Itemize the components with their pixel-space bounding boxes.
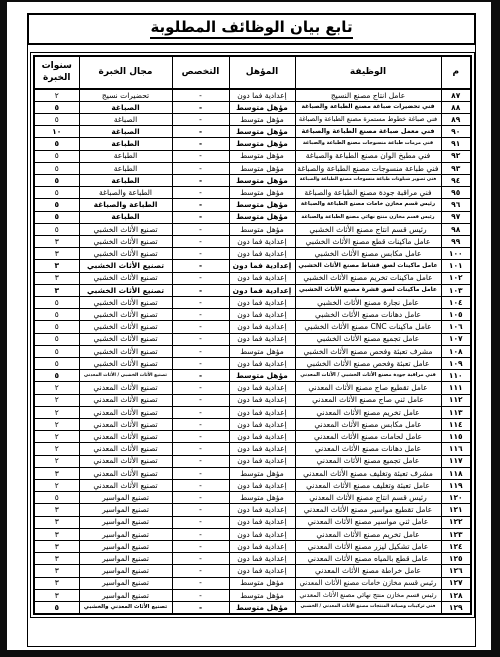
- cell-specialization: -: [172, 528, 229, 540]
- cell-experience-years: ٣: [34, 541, 79, 553]
- cell-experience-years: ٣: [34, 467, 79, 479]
- cell-specialization: -: [172, 602, 229, 614]
- cell-specialization: -: [172, 504, 229, 516]
- cell-qualification: مؤهل متوسط: [229, 113, 295, 125]
- cell-num: ١١٠: [441, 370, 471, 382]
- cell-qualification: إعدادية فما دون: [229, 431, 295, 443]
- table-row: ١٠٣عامل ماكينات لصق قشرة مصنع الأثاث الخ…: [34, 284, 471, 296]
- cell-qualification: إعدادية فما دون: [229, 516, 295, 528]
- cell-num: ١٢٢: [441, 516, 471, 528]
- cell-job: فني مراقبة جودة مصنع الطباعة والصباغة: [295, 187, 441, 199]
- cell-experience-field: تصنيع الأثاث الخشبي: [79, 321, 172, 333]
- cell-job: عامل تشكيل ليزر مصنع الأثاث المعدني: [295, 541, 441, 553]
- cell-experience-years: ٣: [34, 235, 79, 247]
- cell-num: ١١١: [441, 382, 471, 394]
- cell-specialization: -: [172, 553, 229, 565]
- cell-job: عامل تجميع مصنع الأثاث الخشبي: [295, 333, 441, 345]
- cell-experience-years: ٢: [34, 89, 79, 101]
- cell-qualification: إعدادية فما دون: [229, 528, 295, 540]
- cell-experience-field: تصنيع الأثاث المعدني: [79, 455, 172, 467]
- cell-job: عامل ماكينات لصق قشرة مصنع الأثاث الخشبي: [295, 284, 441, 296]
- table-row: ١٢٦عامل خراطة مصنع الأثاث المعدنيإعدادية…: [34, 565, 471, 577]
- cell-experience-years: ٥: [34, 174, 79, 186]
- cell-specialization: -: [172, 162, 229, 174]
- cell-specialization: -: [172, 187, 229, 199]
- table-body: ٨٧عامل انتاج مصنع النسيجإعدادية فما دون-…: [34, 89, 471, 614]
- cell-experience-field: الصباغة: [79, 113, 172, 125]
- table-row: ١١٤عامل مكابس مصنع الأثاث المعدنيإعدادية…: [34, 418, 471, 430]
- scan-edge-left: [0, 0, 7, 657]
- cell-qualification: مؤهل متوسط: [229, 467, 295, 479]
- cell-qualification: مؤهل متوسط: [229, 577, 295, 589]
- scan-edge-top: [0, 0, 500, 2]
- cell-qualification: مؤهل متوسط: [229, 602, 295, 614]
- cell-specialization: -: [172, 284, 229, 296]
- cell-experience-years: ٥: [34, 211, 79, 223]
- cell-experience-years: ٣: [34, 565, 79, 577]
- cell-experience-field: تصنيع المواسير: [79, 577, 172, 589]
- cell-experience-years: ٥: [34, 492, 79, 504]
- cell-qualification: إعدادية فما دون: [229, 235, 295, 247]
- table-row: ١٠١عامل ماكينات لصق قشاط مصنع الأثاث الخ…: [34, 260, 471, 272]
- cell-qualification: إعدادية فما دون: [229, 418, 295, 430]
- table-row: ١٠٨مشرف تعبئة وفحص مصنع الأثاث الخشبيمؤه…: [34, 345, 471, 357]
- cell-experience-field: تصنيع الأثاث الخشبي: [79, 284, 172, 296]
- cell-specialization: -: [172, 406, 229, 418]
- jobs-table: مالوظيفةالمؤهلالتخصصمجال الخبرةسنوات الخ…: [33, 55, 472, 615]
- cell-qualification: إعدادية فما دون: [229, 248, 295, 260]
- cell-job: عامل دهانات مصنع الأثاث المعدني: [295, 443, 441, 455]
- scan-edge-bottom: [0, 650, 500, 657]
- cell-experience-years: ٥: [34, 321, 79, 333]
- cell-experience-years: ٥: [34, 333, 79, 345]
- cell-job: عامل ماكينات لصق قشاط مصنع الأثاث الخشبي: [295, 260, 441, 272]
- cell-experience-field: الصباغة: [79, 126, 172, 138]
- cell-qualification: مؤهل متوسط: [229, 589, 295, 601]
- cell-experience-years: ٥: [34, 223, 79, 235]
- title-banner: تابع بيان الوظائف المطلوبة: [27, 13, 476, 45]
- cell-qualification: إعدادية فما دون: [229, 321, 295, 333]
- column-header-num: م: [441, 56, 471, 89]
- cell-experience-field: الطباعة: [79, 150, 172, 162]
- scan-edge-right: [491, 0, 500, 657]
- cell-experience-years: ١٠: [34, 126, 79, 138]
- cell-experience-field: تصنيع الأثاث الخشبي / الأثاث المعدني: [79, 370, 172, 382]
- cell-experience-years: ٣: [34, 553, 79, 565]
- table-row: ١٢٥عامل قطع بالمياه مصنع الأثاث المعدنيإ…: [34, 553, 471, 565]
- cell-qualification: إعدادية فما دون: [229, 272, 295, 284]
- cell-qualification: مؤهل متوسط: [229, 101, 295, 113]
- cell-job: عامل نجارة مصنع الأثاث الخشبي: [295, 296, 441, 308]
- cell-job: رئيس قسم مخازن خامات مصنع الطباعة والصبا…: [295, 199, 441, 211]
- table-row: ١١٢عامل ثني صاج مصنع الأثاث المعدنيإعداد…: [34, 394, 471, 406]
- cell-num: ١٢٨: [441, 589, 471, 601]
- cell-experience-years: ٢: [34, 455, 79, 467]
- cell-specialization: -: [172, 443, 229, 455]
- table-row: ١٢٨رئيس قسم مخازن منتج نهائي مصنع الأثاث…: [34, 589, 471, 601]
- cell-num: ١١٣: [441, 406, 471, 418]
- cell-job: عامل خراطة مصنع الأثاث المعدني: [295, 565, 441, 577]
- column-header-qualification: المؤهل: [229, 56, 295, 89]
- cell-experience-field: تصنيع الأثاث الخشبي: [79, 235, 172, 247]
- cell-specialization: -: [172, 394, 229, 406]
- cell-num: ١٠٣: [441, 284, 471, 296]
- cell-experience-years: ٥: [34, 187, 79, 199]
- cell-experience-years: ٣: [34, 272, 79, 284]
- cell-job: رئيس قسم مخازن خامات مصنع الأثاث المعدني: [295, 577, 441, 589]
- table-row: ١٢٣عامل تخريم مصنع الأثاث المعدنيإعدادية…: [34, 528, 471, 540]
- cell-num: ١٠١: [441, 260, 471, 272]
- cell-num: ١٠٧: [441, 333, 471, 345]
- cell-experience-years: ٥: [34, 309, 79, 321]
- cell-job: فني مراقبة جودة مصنع الأثاث الخشبي / الأ…: [295, 370, 441, 382]
- cell-experience-years: ٣: [34, 516, 79, 528]
- cell-specialization: -: [172, 577, 229, 589]
- cell-job: عامل تخريم مصنع الأثاث المعدني: [295, 406, 441, 418]
- cell-job: رئيس قسم مخازن منتج نهائي مصنع الأثاث ال…: [295, 589, 441, 601]
- cell-num: ١٢٦: [441, 565, 471, 577]
- cell-job: عامل ثني صاج مصنع الأثاث المعدني: [295, 394, 441, 406]
- table-row: ١١١عامل تقطيع صاج مصنع الأثاث المعدنيإعد…: [34, 382, 471, 394]
- cell-qualification: مؤهل متوسط: [229, 174, 295, 186]
- cell-experience-years: ٥: [34, 357, 79, 369]
- table-header-row-inner: مالوظيفةالمؤهلالتخصصمجال الخبرةسنوات الخ…: [34, 56, 471, 89]
- cell-job: عامل مكابس مصنع الأثاث المعدني: [295, 418, 441, 430]
- table-row: ٩٦رئيس قسم مخازن خامات مصنع الطباعة والص…: [34, 199, 471, 211]
- cell-experience-field: تصنيع الأثاث المعدني: [79, 418, 172, 430]
- table-row: ١١٣عامل تخريم مصنع الأثاث المعدنيإعدادية…: [34, 406, 471, 418]
- cell-num: ١٢٥: [441, 553, 471, 565]
- cell-specialization: -: [172, 126, 229, 138]
- cell-qualification: إعدادية فما دون: [229, 309, 295, 321]
- cell-qualification: إعدادية فما دون: [229, 455, 295, 467]
- table-row: ١٠٧عامل تجميع مصنع الأثاث الخشبيإعدادية …: [34, 333, 471, 345]
- table-row: ٩٠فني معمل صباغة مصنع الطباعة والصباغةمؤ…: [34, 126, 471, 138]
- cell-experience-field: تصنيع المواسير: [79, 504, 172, 516]
- cell-job: عامل تقطيع صاج مصنع الأثاث المعدني: [295, 382, 441, 394]
- cell-job: عامل دهانات مصنع الأثاث الخشبي: [295, 309, 441, 321]
- cell-experience-years: ٥: [34, 113, 79, 125]
- cell-experience-years: ٥: [34, 345, 79, 357]
- cell-experience-field: الطباعة: [79, 138, 172, 150]
- table-row: ١٠٤عامل نجارة مصنع الأثاث الخشبيإعدادية …: [34, 296, 471, 308]
- table-row: ١٢٠رئيس قسم انتاج مصنع الأثاث المعدنيمؤه…: [34, 492, 471, 504]
- cell-num: ١٠٦: [441, 321, 471, 333]
- table-row: ١٢٩فني تركيبات وصيانة المنتجات مصنع الأث…: [34, 602, 471, 614]
- cell-specialization: -: [172, 296, 229, 308]
- cell-num: ٩٢: [441, 150, 471, 162]
- cell-specialization: -: [172, 467, 229, 479]
- table-row: ١١٩عامل تعبئة وتغليف مصنع الأثاث المعدني…: [34, 480, 471, 492]
- cell-specialization: -: [172, 89, 229, 101]
- cell-experience-years: ٢: [34, 418, 79, 430]
- cell-specialization: -: [172, 565, 229, 577]
- table-row: ١٠٢عامل ماكينات تخريم مصنع الأثاث الخشبي…: [34, 272, 471, 284]
- cell-specialization: -: [172, 211, 229, 223]
- cell-qualification: إعدادية فما دون: [229, 333, 295, 345]
- cell-job: فني تركيبات وصيانة المنتجات مصنع الأثاث …: [295, 602, 441, 614]
- page-title: تابع بيان الوظائف المطلوبة: [150, 20, 352, 39]
- cell-qualification: إعدادية فما دون: [229, 260, 295, 272]
- cell-experience-years: ٢: [34, 382, 79, 394]
- scanned-page: { "page": { "title": "تابع بيان الوظائف …: [0, 0, 500, 657]
- cell-job: فني طباعة منسوجات مصنع الطباعة والصباغة: [295, 162, 441, 174]
- cell-specialization: -: [172, 223, 229, 235]
- cell-qualification: مؤهل متوسط: [229, 370, 295, 382]
- cell-num: ١١٩: [441, 480, 471, 492]
- cell-job: فني معمل صباغة مصنع الطباعة والصباغة: [295, 126, 441, 138]
- cell-num: ٩١: [441, 138, 471, 150]
- cell-experience-field: تصنيع الأثاث الخشبي: [79, 248, 172, 260]
- cell-qualification: إعدادية فما دون: [229, 541, 295, 553]
- table-row: ١١٠فني مراقبة جودة مصنع الأثاث الخشبي / …: [34, 370, 471, 382]
- cell-qualification: إعدادية فما دون: [229, 553, 295, 565]
- cell-job: عامل تخريم مصنع الأثاث المعدني: [295, 528, 441, 540]
- cell-qualification: مؤهل متوسط: [229, 199, 295, 211]
- table-row: ٩٩عامل ماكينات قطع مصنع الأثاث الخشبيإعد…: [34, 235, 471, 247]
- cell-qualification: مؤهل متوسط: [229, 162, 295, 174]
- cell-qualification: إعدادية فما دون: [229, 565, 295, 577]
- cell-experience-field: تصنيع المواسير: [79, 528, 172, 540]
- cell-job: عامل ماكينات تخريم مصنع الأثاث الخشبي: [295, 272, 441, 284]
- cell-job: عامل قطع بالمياه مصنع الأثاث المعدني: [295, 553, 441, 565]
- table-row: ١٢٧رئيس قسم مخازن خامات مصنع الأثاث المع…: [34, 577, 471, 589]
- cell-specialization: -: [172, 309, 229, 321]
- cell-specialization: -: [172, 382, 229, 394]
- cell-qualification: مؤهل متوسط: [229, 138, 295, 150]
- cell-experience-field: تصنيع الأثاث الخشبي: [79, 333, 172, 345]
- cell-experience-years: ٥: [34, 296, 79, 308]
- table-row: ٩٧رئيس قسم مخازن منتج نهائي مصنع الطباعة…: [34, 211, 471, 223]
- table-row: ١٠٥عامل دهانات مصنع الأثاث الخشبيإعدادية…: [34, 309, 471, 321]
- cell-num: ٩٨: [441, 223, 471, 235]
- cell-experience-field: الطباعة والصباغة: [79, 199, 172, 211]
- cell-job: عامل تعبئة وتغليف مصنع الأثاث المعدني: [295, 480, 441, 492]
- table-row: ١٢٤عامل تشكيل ليزر مصنع الأثاث المعدنيإع…: [34, 541, 471, 553]
- cell-experience-years: ٥: [34, 162, 79, 174]
- cell-num: ١٢٩: [441, 602, 471, 614]
- cell-specialization: -: [172, 357, 229, 369]
- cell-specialization: -: [172, 492, 229, 504]
- cell-num: ١١٢: [441, 394, 471, 406]
- cell-specialization: -: [172, 418, 229, 430]
- cell-experience-years: ٢: [34, 443, 79, 455]
- cell-specialization: -: [172, 589, 229, 601]
- cell-num: ٩٩: [441, 235, 471, 247]
- cell-specialization: -: [172, 113, 229, 125]
- cell-experience-field: تصنيع الأثاث الخشبي: [79, 272, 172, 284]
- cell-job: فني مرمات طباعة منسوجات مصنع الطباعة وال…: [295, 138, 441, 150]
- column-header-specialization: التخصص: [172, 56, 229, 89]
- column-header-job: الوظيفة: [295, 56, 441, 89]
- cell-qualification: إعدادية فما دون: [229, 480, 295, 492]
- cell-experience-field: تحضيرات نسيج: [79, 89, 172, 101]
- cell-experience-field: تصنيع الأثاث المعدني: [79, 382, 172, 394]
- cell-experience-years: ٥: [34, 150, 79, 162]
- cell-qualification: إعدادية فما دون: [229, 357, 295, 369]
- cell-job: فني تحضيرات صباغة مصنع الطباعة والصباغة: [295, 101, 441, 113]
- cell-job: عامل ثني مواسير مصنع الأثاث المعدني: [295, 516, 441, 528]
- table-row: ١٠٩عامل تعبئة وفحص مصنع الأثاث الخشبيإعد…: [34, 357, 471, 369]
- cell-experience-field: تصنيع الأثاث المعدني: [79, 406, 172, 418]
- cell-experience-field: تصنيع الأثاث الخشبي: [79, 345, 172, 357]
- cell-experience-field: تصنيع الأثاث الخشبي: [79, 357, 172, 369]
- cell-experience-field: الطباعة والصباغة: [79, 187, 172, 199]
- cell-qualification: إعدادية فما دون: [229, 504, 295, 516]
- cell-qualification: إعدادية فما دون: [229, 382, 295, 394]
- cell-experience-field: الطباعة: [79, 162, 172, 174]
- cell-experience-years: ٣: [34, 260, 79, 272]
- cell-qualification: مؤهل متوسط: [229, 150, 295, 162]
- cell-num: ١٢١: [441, 504, 471, 516]
- cell-experience-field: تصنيع الأثاث الخشبي: [79, 296, 172, 308]
- cell-job: عامل انتاج مصنع النسيج: [295, 89, 441, 101]
- cell-num: ١٢٣: [441, 528, 471, 540]
- cell-num: ٨٧: [441, 89, 471, 101]
- table-row: ٩٥فني مراقبة جودة مصنع الطباعة والصباغةم…: [34, 187, 471, 199]
- table-row: ٨٧عامل انتاج مصنع النسيجإعدادية فما دون-…: [34, 89, 471, 101]
- cell-experience-years: ٢: [34, 480, 79, 492]
- cell-job: عامل ماكينات CNC مصنع الأثاث الخشبي: [295, 321, 441, 333]
- table-row: ١٠٠عامل مكابس مصنع الأثاث الخشبيإعدادية …: [34, 248, 471, 260]
- cell-num: ١٠٩: [441, 357, 471, 369]
- cell-experience-field: الطباعة: [79, 174, 172, 186]
- cell-specialization: -: [172, 272, 229, 284]
- cell-job: مشرف تعبئة وتغليف مصنع الأثاث المعدني: [295, 467, 441, 479]
- cell-experience-years: ٣: [34, 504, 79, 516]
- cell-num: ٩٤: [441, 174, 471, 186]
- cell-specialization: -: [172, 333, 229, 345]
- cell-experience-field: تصنيع الأثاث المعدني: [79, 443, 172, 455]
- cell-experience-years: ٢: [34, 431, 79, 443]
- cell-specialization: -: [172, 150, 229, 162]
- cell-num: ٨٨: [441, 101, 471, 113]
- cell-experience-field: تصنيع المواسير: [79, 553, 172, 565]
- cell-experience-years: ٥: [34, 138, 79, 150]
- cell-num: ١١٦: [441, 443, 471, 455]
- cell-qualification: إعدادية فما دون: [229, 296, 295, 308]
- cell-qualification: إعدادية فما دون: [229, 284, 295, 296]
- cell-specialization: -: [172, 248, 229, 260]
- cell-qualification: إعدادية فما دون: [229, 406, 295, 418]
- cell-experience-years: ٣: [34, 577, 79, 589]
- cell-experience-field: تصنيع الأثاث المعدني والخشبي: [79, 602, 172, 614]
- cell-specialization: -: [172, 345, 229, 357]
- cell-job: عامل مكابس مصنع الأثاث الخشبي: [295, 248, 441, 260]
- cell-job: رئيس قسم انتاج مصنع الأثاث المعدني: [295, 492, 441, 504]
- cell-job: عامل تعبئة وفحص مصنع الأثاث الخشبي: [295, 357, 441, 369]
- cell-job: رئيس قسم مخازن منتج نهائي مصنع الطباعة و…: [295, 211, 441, 223]
- cell-experience-field: تصنيع الأثاث المعدني: [79, 480, 172, 492]
- cell-specialization: -: [172, 138, 229, 150]
- cell-specialization: -: [172, 199, 229, 211]
- cell-experience-field: تصنيع المواسير: [79, 589, 172, 601]
- cell-num: ١١٥: [441, 431, 471, 443]
- cell-num: ١٢٠: [441, 492, 471, 504]
- cell-num: ٩٣: [441, 162, 471, 174]
- cell-experience-field: تصنيع المواسير: [79, 492, 172, 504]
- cell-specialization: -: [172, 235, 229, 247]
- cell-experience-field: تصنيع الأثاث الخشبي: [79, 309, 172, 321]
- table-row: ٩٣فني طباعة منسوجات مصنع الطباعة والصباغ…: [34, 162, 471, 174]
- table-row: ١٢١عامل تقطيع مواسير مصنع الأثاث المعدني…: [34, 504, 471, 516]
- table-row: ٩٤فني تصوير شبلونات طباعة منسوجات مصنع ا…: [34, 174, 471, 186]
- cell-qualification: مؤهل متوسط: [229, 345, 295, 357]
- cell-experience-years: ٥: [34, 370, 79, 382]
- cell-job: عامل تجميع مصنع الأثاث المعدني: [295, 455, 441, 467]
- cell-experience-field: تصنيع الأثاث المعدني: [79, 431, 172, 443]
- cell-experience-years: ٥: [34, 602, 79, 614]
- cell-num: ١٠٨: [441, 345, 471, 357]
- cell-experience-years: ٢: [34, 394, 79, 406]
- cell-qualification: مؤهل متوسط: [229, 492, 295, 504]
- cell-specialization: -: [172, 516, 229, 528]
- cell-qualification: إعدادية فما دون: [229, 394, 295, 406]
- cell-specialization: -: [172, 174, 229, 186]
- cell-num: ٩٦: [441, 199, 471, 211]
- table-row: ١٢٢عامل ثني مواسير مصنع الأثاث المعدنيإع…: [34, 516, 471, 528]
- cell-job: فني صباغة خطوط مستمرة مصنع الطباعة والصب…: [295, 113, 441, 125]
- cell-num: ٩٧: [441, 211, 471, 223]
- cell-num: ١٠٥: [441, 309, 471, 321]
- cell-job: رئيس قسم انتاج مصنع الأثاث الخشبي: [295, 223, 441, 235]
- cell-num: ١٠٤: [441, 296, 471, 308]
- cell-experience-years: ٢: [34, 406, 79, 418]
- cell-experience-years: ٣: [34, 284, 79, 296]
- cell-qualification: مؤهل متوسط: [229, 211, 295, 223]
- cell-job: عامل تقطيع مواسير مصنع الأثاث المعدني: [295, 504, 441, 516]
- cell-num: ١٠٢: [441, 272, 471, 284]
- table-row: ١١٦عامل دهانات مصنع الأثاث المعدنيإعدادي…: [34, 443, 471, 455]
- cell-experience-field: الطباعة: [79, 211, 172, 223]
- table-row: ١١٥عامل لحامات مصنع الأثاث المعدنيإعدادي…: [34, 431, 471, 443]
- cell-experience-years: ٣: [34, 528, 79, 540]
- cell-experience-years: ٥: [34, 101, 79, 113]
- table-row: ٩٢فني مطبخ الوان مصنع الطباعة والصباغةمؤ…: [34, 150, 471, 162]
- table-row: ٨٩فني صباغة خطوط مستمرة مصنع الطباعة وال…: [34, 113, 471, 125]
- cell-specialization: -: [172, 101, 229, 113]
- cell-experience-years: ٥: [34, 199, 79, 211]
- cell-specialization: -: [172, 480, 229, 492]
- table-row: ١١٨مشرف تعبئة وتغليف مصنع الأثاث المعدني…: [34, 467, 471, 479]
- cell-experience-field: الصباغة: [79, 101, 172, 113]
- cell-num: ١١٤: [441, 418, 471, 430]
- cell-experience-years: ٣: [34, 248, 79, 260]
- cell-specialization: -: [172, 431, 229, 443]
- cell-qualification: مؤهل متوسط: [229, 126, 295, 138]
- table-row: ١٠٦عامل ماكينات CNC مصنع الأثاث الخشبيإع…: [34, 321, 471, 333]
- cell-num: ٨٩: [441, 113, 471, 125]
- cell-specialization: -: [172, 260, 229, 272]
- cell-job: فني مطبخ الوان مصنع الطباعة والصباغة: [295, 150, 441, 162]
- cell-experience-field: تصنيع الأثاث الخشبي: [79, 223, 172, 235]
- cell-qualification: مؤهل متوسط: [229, 223, 295, 235]
- cell-qualification: مؤهل متوسط: [229, 187, 295, 199]
- cell-experience-field: تصنيع الأثاث الخشبي: [79, 260, 172, 272]
- cell-num: ٩٥: [441, 187, 471, 199]
- cell-num: ١٢٧: [441, 577, 471, 589]
- cell-qualification: إعدادية فما دون: [229, 89, 295, 101]
- column-header-experience-years: سنوات الخبرة: [34, 56, 79, 89]
- cell-job: مشرف تعبئة وفحص مصنع الأثاث الخشبي: [295, 345, 441, 357]
- cell-specialization: -: [172, 321, 229, 333]
- cell-num: ١١٨: [441, 467, 471, 479]
- cell-job: فني تصوير شبلونات طباعة منسوجات مصنع الط…: [295, 174, 441, 186]
- cell-experience-field: تصنيع الأثاث المعدني: [79, 467, 172, 479]
- table-row: ٩٨رئيس قسم انتاج مصنع الأثاث الخشبيمؤهل …: [34, 223, 471, 235]
- cell-specialization: -: [172, 541, 229, 553]
- cell-experience-field: تصنيع المواسير: [79, 541, 172, 553]
